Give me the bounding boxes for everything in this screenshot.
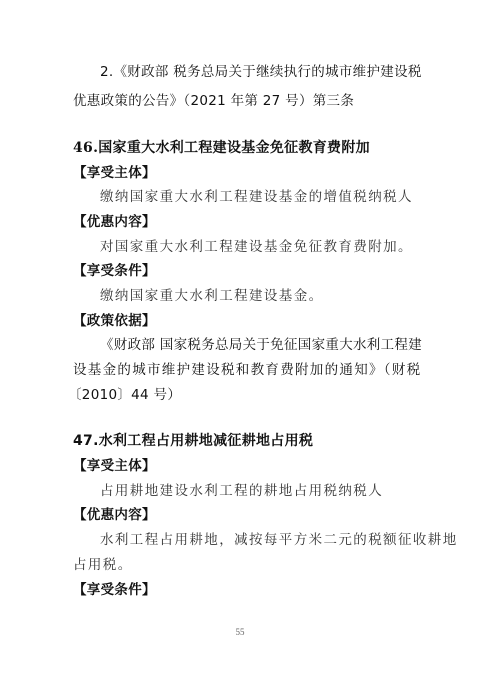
condition-label-47: 【享受条件】: [73, 581, 413, 599]
benefit-text-47-line-2: 占用税。: [73, 556, 413, 574]
section-title-46: 46.国家重大水利工程建设基金免征教育费附加: [73, 139, 413, 157]
section-title-47: 47.水利工程占用耕地减征耕地占用税: [73, 432, 413, 450]
benefit-text-46: 对国家重大水利工程建设基金免征教育费附加。: [100, 238, 440, 256]
basis-text-46-line-2: 设基金的城市维护建设税和教育费附加的通知》（财税: [73, 361, 413, 379]
basis-text-46-line-3: 〔2010〕44 号）: [68, 386, 408, 404]
condition-label-46: 【享受条件】: [73, 262, 413, 280]
policy-reference-line-2: 优惠政策的公告》（2021 年第 27 号）第三条: [73, 92, 413, 110]
condition-text-46: 缴纳国家重大水利工程建设基金。: [100, 287, 440, 305]
beneficiary-label-47: 【享受主体】: [73, 457, 413, 475]
beneficiary-text-47: 占用耕地建设水利工程的耕地占用税纳税人: [100, 482, 440, 500]
basis-label-46: 【政策依据】: [73, 312, 413, 330]
benefit-text-47-line-1: 水利工程占用耕地，减按每平方米二元的税额征收耕地: [100, 531, 440, 549]
beneficiary-text-46: 缴纳国家重大水利工程建设基金的增值税纳税人: [100, 188, 440, 206]
basis-text-46-line-1: 《财政部 国家税务总局关于免征国家重大水利工程建: [100, 336, 440, 354]
benefit-label-46: 【优惠内容】: [73, 213, 413, 231]
benefit-label-47: 【优惠内容】: [73, 506, 413, 524]
document-page: 2.《财政部 税务总局关于继续执行的城市维护建设税 优惠政策的公告》（2021 …: [0, 0, 480, 678]
policy-reference-line-1: 2.《财政部 税务总局关于继续执行的城市维护建设税: [100, 63, 440, 81]
beneficiary-label-46: 【享受主体】: [73, 164, 413, 182]
page-number: 55: [0, 627, 480, 637]
